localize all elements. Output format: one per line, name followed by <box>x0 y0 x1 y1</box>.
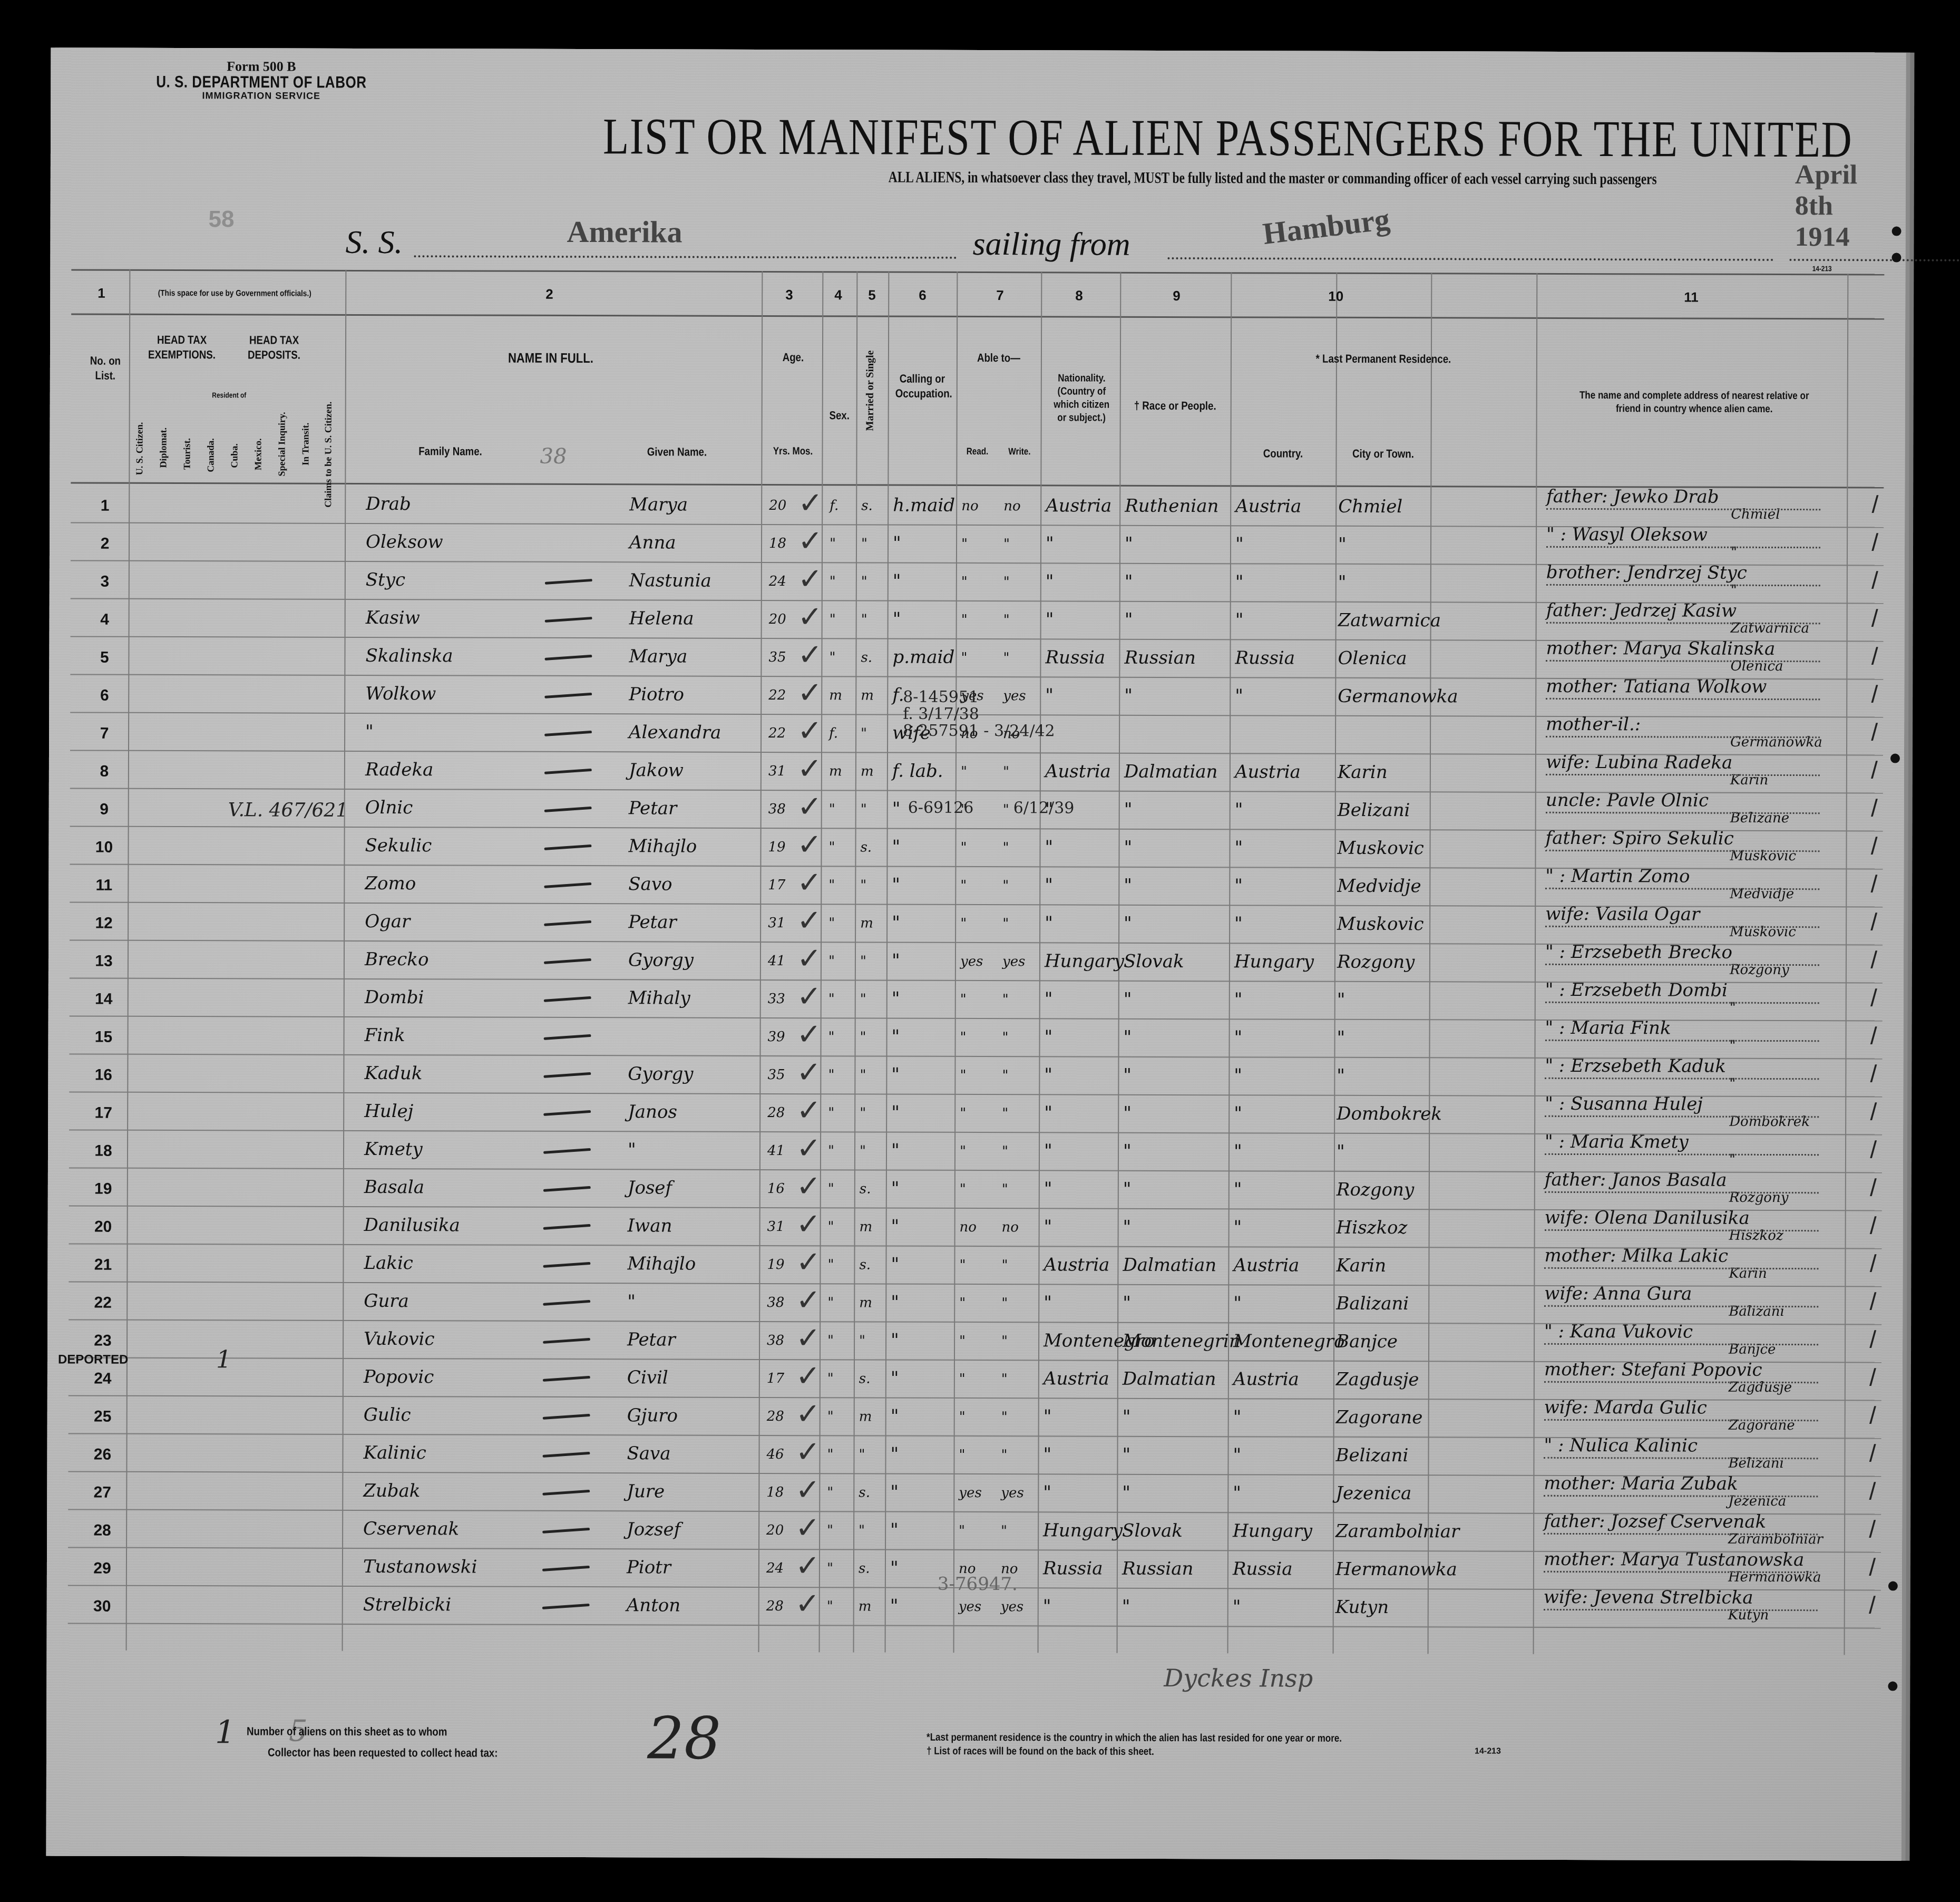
page-title: LIST OR MANIFEST OF ALIEN PASSENGERS FOR… <box>603 107 1649 169</box>
sex-cell: f. <box>829 725 838 741</box>
city-cell: Kutyn <box>1335 1597 1389 1618</box>
nationality-cell: " <box>1044 1292 1052 1313</box>
write-cell: no <box>1002 1219 1019 1235</box>
race-cell: " <box>1125 609 1133 630</box>
relative-underline <box>1545 1153 1819 1156</box>
age-cell: 46 <box>766 1447 784 1462</box>
form-identifier: Form 500 B U. S. DEPARTMENT OF LABOR IMM… <box>156 59 366 102</box>
write-cell: " <box>1001 1295 1008 1311</box>
table-row: 27ZubakJure18"s."yesyes"""Jezenicamother… <box>68 1472 1881 1515</box>
col-number: 6 <box>919 287 927 304</box>
nationality-cell: " <box>1044 1064 1052 1085</box>
relative-underline <box>1545 1191 1819 1193</box>
occupation-cell: " <box>891 1292 899 1313</box>
inspection-check-icon: ✓ <box>796 1093 821 1128</box>
sex-cell: " <box>827 1409 834 1424</box>
city-cell: Dombokrek <box>1337 1103 1442 1125</box>
sailing-date: April 8th 1914 <box>1795 159 1874 253</box>
cancel-dash-mark <box>544 845 591 850</box>
inspection-check-icon: ✓ <box>796 1131 821 1166</box>
cancel-dash-mark <box>543 1338 590 1344</box>
given-name-cell: Mihajlo <box>627 1253 696 1274</box>
row-number: 21 <box>79 1256 126 1274</box>
table-row: 22Gura"38"m""""""Balizaniwife: Anna Gura… <box>69 1282 1881 1325</box>
relative-header: The name and complete address of nearest… <box>1569 389 1820 416</box>
marital-status-cell: m <box>860 915 873 931</box>
inspection-check-icon: ✓ <box>795 1473 820 1507</box>
given-name-cell: Civil <box>627 1367 668 1388</box>
occupation-cell: f. <box>892 685 904 706</box>
family-name-cell: Drab <box>366 493 411 515</box>
row-number: 1 <box>81 497 129 515</box>
nationality-cell: Austria <box>1046 495 1111 516</box>
given-name-cell: Jakow <box>629 760 684 781</box>
review-tick-icon: / <box>1871 717 1878 746</box>
table-row: 15Fink39"""""""""" : Maria Fink"✓/ <box>69 1016 1882 1059</box>
family-name-cell: " <box>365 721 374 742</box>
marital-status-cell: " <box>859 1522 865 1538</box>
marital-status-cell: m <box>859 1598 872 1614</box>
cancel-dash-mark <box>545 579 592 585</box>
diplomat-header: Diplomat. <box>158 428 169 468</box>
inspection-check-icon: ✓ <box>797 676 822 710</box>
cancel-dash-mark <box>544 1034 591 1040</box>
family-name-cell: Lakic <box>364 1253 413 1274</box>
table-row: 10SekulicMihajlo19"s.""""""Muskovicfathe… <box>70 827 1883 869</box>
relative-underline <box>1546 622 1820 624</box>
row-number: 18 <box>80 1142 127 1160</box>
tally-mark: 1 <box>215 1714 235 1751</box>
read-cell: " <box>961 536 968 552</box>
inspection-check-icon: ✓ <box>796 1207 821 1241</box>
cancel-dash-mark <box>542 1528 590 1534</box>
sex-cell: " <box>828 1181 834 1197</box>
col-number: 5 <box>868 287 876 303</box>
occupation-cell: " <box>891 1140 900 1161</box>
relative-name-cell: wife: Marda Gulic <box>1544 1397 1707 1419</box>
marital-status-cell: " <box>860 953 866 969</box>
review-tick-icon: / <box>1869 1590 1876 1619</box>
occupation-cell: " <box>891 1102 900 1123</box>
cancel-dash-mark <box>544 920 591 926</box>
relative-name-cell: mother: Stefani Popovic <box>1544 1359 1762 1381</box>
write-cell: " <box>1002 992 1009 1007</box>
marital-status-cell: m <box>860 1219 873 1235</box>
row-number: 25 <box>79 1408 126 1426</box>
write-cell: " <box>1003 612 1010 628</box>
race-cell: " <box>1122 1482 1130 1503</box>
race-footnote: † List of races will be found on the bac… <box>927 1745 1154 1758</box>
country-cell: Austria <box>1233 1369 1299 1390</box>
row-number: 17 <box>80 1104 127 1122</box>
row-number: 4 <box>81 611 129 629</box>
race-cell: " <box>1123 1065 1132 1086</box>
given-name-cell: Petar <box>627 1329 676 1350</box>
read-cell: " <box>960 878 967 894</box>
head-tax-exemptions-header: HEAD TAX EXEMPTIONS. <box>141 333 222 362</box>
inspection-check-icon: ✓ <box>797 714 822 748</box>
city-cell: Chmiel <box>1338 496 1402 517</box>
age-cell: 39 <box>768 1029 785 1045</box>
sex-cell: " <box>828 1105 834 1121</box>
relative-underline <box>1546 850 1820 852</box>
write-cell: " <box>1003 536 1010 552</box>
family-name-cell: Zubak <box>363 1480 420 1501</box>
family-name-cell: Popovic <box>364 1366 434 1387</box>
given-name-cell: Josef <box>628 1177 672 1198</box>
city-cell: Olenica <box>1338 648 1407 669</box>
read-cell: " <box>960 1030 967 1045</box>
occupation-cell: f. lab. <box>892 761 943 782</box>
cert-number-2: 8-257591 - 3/24/42 <box>903 722 1055 741</box>
relative-name-cell: wife: Anna Gura <box>1544 1283 1692 1305</box>
race-cell: Russian <box>1122 1558 1194 1579</box>
relative-name-cell: mother: Marya Skalinska <box>1546 638 1775 659</box>
punch-hole <box>1891 253 1901 263</box>
col-number: 7 <box>996 287 1004 304</box>
aliens-count-value: 28 <box>647 1704 721 1772</box>
inspection-check-icon: ✓ <box>795 1435 820 1469</box>
given-name-cell: Helena <box>629 608 694 629</box>
cancel-dash-mark <box>544 731 592 736</box>
sex-cell: " <box>829 801 835 817</box>
header-rule-numbers <box>71 314 1884 320</box>
family-name-cell: Fink <box>365 1025 405 1046</box>
sex-cell: " <box>828 1029 835 1045</box>
deported-stamp: DEPORTED <box>58 1352 128 1367</box>
given-name-cell: " <box>628 1139 636 1160</box>
sailing-from-label: sailing from <box>972 226 1130 264</box>
table-row: 1DrabMarya20f.s.h.maidnonoAustriaRutheni… <box>71 486 1884 528</box>
city-cell: Muskovic <box>1337 914 1423 935</box>
nationality-cell: " <box>1045 1026 1053 1047</box>
relative-underline <box>1545 1115 1819 1118</box>
relative-underline <box>1545 926 1819 928</box>
given-name-cell: Alexandra <box>629 722 721 743</box>
cancel-dash-mark <box>542 1604 590 1609</box>
city-cell: Hiszkoz <box>1337 1217 1408 1238</box>
age-cell: 18 <box>769 536 786 551</box>
read-cell: " <box>959 1333 966 1349</box>
nationality-cell: " <box>1045 685 1054 706</box>
city-cell: Rozgony <box>1337 952 1415 973</box>
race-cell: " <box>1122 1444 1130 1466</box>
relative-name-cell: " : Kana Vukovic <box>1544 1321 1693 1343</box>
sex-cell: " <box>827 1560 833 1576</box>
marital-status-cell: " <box>861 574 867 589</box>
read-cell: " <box>961 764 967 780</box>
relative-name-cell: " : Wasyl Oleksow <box>1546 524 1708 546</box>
cancel-dash-mark <box>543 1110 591 1116</box>
write-cell: yes <box>1002 954 1026 969</box>
race-cell: " <box>1122 1596 1130 1617</box>
marital-status-cell: m <box>859 1409 872 1424</box>
inspection-check-icon: ✓ <box>797 790 822 824</box>
occupation-cell: " <box>890 1596 899 1617</box>
country-cell: " <box>1235 571 1244 593</box>
col-number: 9 <box>1173 288 1181 304</box>
given-name-cell: Gyorgy <box>628 1063 693 1084</box>
city-cell: Zagdusje <box>1336 1369 1419 1390</box>
given-name-cell: Gjuro <box>627 1405 678 1426</box>
country-cell: " <box>1235 533 1244 555</box>
cancel-dash-mark <box>543 1262 590 1268</box>
ship-underline <box>414 255 957 259</box>
form-code: 14-213 <box>1812 264 1832 274</box>
table-row: 25GulicGjuro28"m""""""Zagoranewife: Mard… <box>69 1396 1881 1439</box>
col-number: 8 <box>1075 287 1083 304</box>
review-tick-icon: / <box>1871 642 1878 670</box>
inspection-check-icon: ✓ <box>796 1283 821 1317</box>
name-in-full-header: NAME IN FULL. <box>492 350 609 367</box>
row-number: 11 <box>80 877 128 895</box>
race-cell: " <box>1124 685 1133 706</box>
marital-status-cell: m <box>861 763 874 779</box>
marital-status-cell: s. <box>859 1484 870 1500</box>
marital-status-cell: s. <box>859 1560 870 1576</box>
cancel-dash-mark <box>543 1376 590 1382</box>
inspection-check-icon: ✓ <box>798 600 823 634</box>
review-tick-icon: / <box>1870 1249 1877 1277</box>
sex-header: Sex. <box>826 408 853 423</box>
read-cell: yes <box>960 954 983 969</box>
cancel-dash-mark <box>544 655 592 661</box>
canada-header: Canada. <box>205 438 216 472</box>
occupation-cell: " <box>892 950 900 972</box>
occupation-cell: " <box>890 1444 899 1465</box>
occupation-cell: h.maid <box>893 495 955 516</box>
table-row: 5SkalinskaMarya35"s.p.maid""RussiaRussia… <box>70 637 1883 680</box>
country-cell: " <box>1234 1217 1242 1238</box>
review-tick-icon: / <box>1871 528 1878 556</box>
city-cell: Hermanowka <box>1335 1559 1457 1580</box>
given-name-cell: Savo <box>628 874 672 895</box>
table-row: 12OgarPetar31"m""""""Muskovicwife: Vasil… <box>70 903 1883 945</box>
relative-underline <box>1544 1571 1818 1573</box>
relative-underline <box>1545 888 1819 890</box>
family-name-cell: Kaduk <box>364 1063 422 1084</box>
write-cell: " <box>1002 1030 1009 1045</box>
race-cell: Slovak <box>1122 1520 1183 1541</box>
table-row: 16KadukGyorgy35"""""""""" : Erzsebeth Ka… <box>69 1054 1882 1097</box>
review-tick-icon: / <box>1869 1401 1876 1429</box>
cancel-dash-mark <box>543 1224 591 1230</box>
review-tick-icon: / <box>1871 604 1878 632</box>
punch-hole <box>1888 1581 1898 1591</box>
family-name-cell: Sekulic <box>365 835 432 856</box>
cert-number: 8-145951 <box>903 688 979 706</box>
age-cell: 20 <box>766 1522 784 1538</box>
no-on-list-header: No. on List. <box>85 354 126 383</box>
country-cell: Austria <box>1235 496 1301 517</box>
sex-cell: m <box>829 763 842 779</box>
table-row: 13BreckoGyorgy41"""yesyesHungarySlovakHu… <box>70 940 1883 983</box>
race-cell: Slovak <box>1124 951 1184 972</box>
read-cell: " <box>960 1105 966 1121</box>
country-cell: " <box>1233 1444 1241 1466</box>
city-cell: " <box>1337 1065 1345 1086</box>
given-name-cell: Anton <box>627 1595 681 1616</box>
city-cell: Zarambolniar <box>1335 1521 1459 1542</box>
age-cell: 38 <box>767 1333 784 1348</box>
family-name-header: Family Name. <box>405 444 495 459</box>
residence-footnote: *Last permanent residence is the country… <box>927 1732 1342 1745</box>
write-cell: " <box>1003 802 1009 818</box>
nationality-cell: " <box>1046 609 1054 630</box>
given-name-cell: Petar <box>628 911 677 933</box>
relative-name-cell: " : Erzsebeth Brecko <box>1545 942 1732 963</box>
sex-cell: " <box>828 991 835 1007</box>
city-cell: Banjce <box>1336 1331 1398 1352</box>
occupation-cell: " <box>891 1330 899 1351</box>
sex-cell: " <box>827 1333 834 1348</box>
country-header: Country. <box>1243 446 1323 461</box>
family-name-cell: Brecko <box>365 949 429 970</box>
read-cell: " <box>960 840 967 856</box>
race-cell: " <box>1123 1217 1132 1238</box>
table-row: 8RadekaJakow31mmf. lab.""AustriaDalmatia… <box>70 751 1883 793</box>
city-cell: Belizani <box>1335 1445 1408 1466</box>
row-number: 27 <box>79 1484 126 1502</box>
family-name-cell: Gura <box>364 1290 409 1312</box>
yrs-mos-header: Yrs. Mos. <box>768 445 818 458</box>
city-cell: " <box>1338 572 1347 593</box>
read-cell: " <box>961 612 968 628</box>
family-name-cell: Hulej <box>364 1101 413 1122</box>
inspection-check-icon: ✓ <box>796 1169 821 1204</box>
last-residence-header: * Last Permanent Residence. <box>1267 351 1500 366</box>
family-name-cell: Vukovic <box>364 1328 435 1350</box>
write-cell: " <box>1001 1257 1008 1273</box>
table-row: 28CservenakJozsef20"""""HungarySlovakHun… <box>68 1510 1881 1552</box>
given-name-cell: Piotro <box>629 684 684 705</box>
given-name-cell: Anna <box>629 532 676 553</box>
marital-status-cell: " <box>860 1067 866 1083</box>
sex-cell: " <box>828 839 835 855</box>
race-cell: Russian <box>1124 647 1196 668</box>
read-cell: " <box>960 1143 966 1159</box>
tally-mark: 1 <box>216 1345 231 1373</box>
cert-date-row9: 6/12/39 <box>1013 799 1075 817</box>
race-cell: " <box>1123 1406 1131 1428</box>
read-cell: no <box>961 498 978 514</box>
given-name-cell: Jure <box>627 1481 665 1502</box>
inspection-check-icon: ✓ <box>796 1397 821 1431</box>
race-cell: Montenegrin <box>1123 1331 1241 1352</box>
relative-underline <box>1544 1457 1818 1459</box>
read-cell: " <box>961 650 967 666</box>
able-to-header: Able to— <box>967 351 1030 365</box>
row-number: 9 <box>81 801 128 819</box>
sex-cell: " <box>827 1484 833 1500</box>
age-cell: 24 <box>769 574 786 589</box>
cancel-dash-mark <box>542 1452 590 1458</box>
age-cell: 17 <box>768 877 785 893</box>
age-cell: 35 <box>767 1067 785 1083</box>
given-name-header: Given Name. <box>632 444 721 459</box>
race-cell: " <box>1124 913 1132 934</box>
write-cell: " <box>1001 1523 1007 1539</box>
sex-cell: " <box>828 1219 834 1235</box>
cert-number-row9: 6-69126 <box>908 799 974 817</box>
sex-cell: f. <box>830 498 838 513</box>
read-cell: " <box>959 1523 965 1539</box>
sex-cell: " <box>827 1371 834 1386</box>
read-cell: " <box>960 916 967 931</box>
given-name-cell: Mihaly <box>628 987 690 1008</box>
review-tick-icon: / <box>1870 1135 1877 1163</box>
inspection-check-icon: ✓ <box>797 866 822 900</box>
race-cell: " <box>1125 571 1133 593</box>
city-cell: " <box>1337 1141 1345 1162</box>
city-cell: Germanowka <box>1338 686 1458 707</box>
col-number: 3 <box>785 287 793 303</box>
row-number: 3 <box>81 573 129 591</box>
cancel-dash-mark <box>544 769 592 774</box>
marital-status-cell: " <box>859 1333 865 1348</box>
cancel-dash-mark <box>542 1566 590 1571</box>
family-name-cell: Gulic <box>364 1404 411 1425</box>
inspection-check-icon: ✓ <box>796 1245 821 1279</box>
inspection-check-icon: ✓ <box>795 1511 820 1545</box>
cuba-header: Cuba. <box>229 443 240 468</box>
country-cell: " <box>1234 1179 1242 1200</box>
relative-underline <box>1544 1495 1818 1497</box>
age-cell: 38 <box>767 1295 784 1311</box>
nationality-cell: " <box>1044 1140 1052 1161</box>
country-cell: " <box>1233 1596 1241 1617</box>
inspection-check-icon: ✓ <box>798 524 823 558</box>
review-tick-icon: / <box>1869 1552 1876 1581</box>
header-rule-top <box>71 269 1884 276</box>
sex-cell: " <box>827 1447 833 1462</box>
row-number: 16 <box>80 1066 127 1084</box>
department-name: U. S. DEPARTMENT OF LABOR <box>156 73 366 92</box>
family-name-cell: Cservenak <box>363 1518 459 1539</box>
relative-name-cell: " : Nulica Kalinic <box>1544 1435 1698 1457</box>
marital-status-cell: " <box>861 725 867 741</box>
write-cell: " <box>1002 1181 1008 1197</box>
port-underline <box>1167 257 1773 261</box>
review-tick-icon: / <box>1870 907 1877 936</box>
city-cell: Medvidje <box>1337 876 1421 897</box>
relative-name-cell: " : Erzsebeth Dombi <box>1545 979 1728 1001</box>
occupation-cell: " <box>890 1558 899 1579</box>
row-number: 5 <box>81 649 128 667</box>
write-cell: " <box>1003 764 1009 780</box>
review-tick-icon: / <box>1871 869 1878 898</box>
race-cell: " <box>1125 533 1133 555</box>
relative-underline <box>1545 1002 1819 1004</box>
age-cell: 18 <box>766 1484 784 1500</box>
read-cell: " <box>959 1295 966 1311</box>
relative-name-cell: wife: Vasila Ogar <box>1545 904 1700 925</box>
date-underline <box>1789 259 1960 261</box>
ship-name: Amerika <box>567 214 682 250</box>
row-number: 30 <box>79 1598 126 1616</box>
age-cell: 17 <box>767 1371 784 1386</box>
inspection-check-icon: ✓ <box>798 562 823 596</box>
age-header: Age. <box>773 350 814 365</box>
inspection-check-icon: ✓ <box>797 752 822 786</box>
city-cell: Belizani <box>1338 800 1410 821</box>
nationality-cell: " <box>1044 1406 1052 1427</box>
relative-name-cell: father: Janos Basala <box>1545 1169 1727 1191</box>
relative-name-cell: wife: Lubina Radeka <box>1546 752 1733 773</box>
age-cell: 41 <box>767 1143 785 1159</box>
given-name-cell: Jozsef <box>627 1519 680 1540</box>
inspection-check-icon: ✓ <box>796 1321 821 1355</box>
